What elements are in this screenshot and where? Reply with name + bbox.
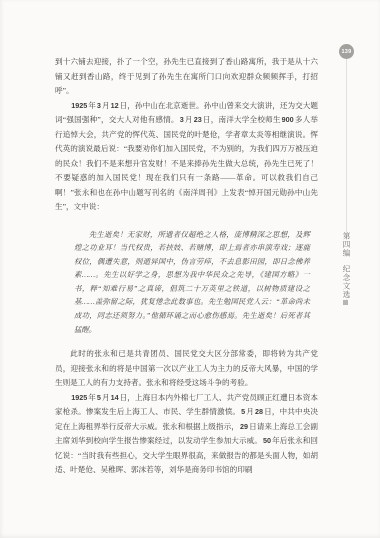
book-page: 到十六铺去迎接，扑了一个空，孙先生已直接到了香山路寓所，我于是从十六铺又赶到香山… xyxy=(0,0,380,538)
chapter-part-label: 第四编 xyxy=(341,232,352,258)
text-column: 到十六铺去迎接，扑了一个空，孙先生已直接到了香山路寓所，我于是从十六铺又赶到香山… xyxy=(55,55,318,478)
paragraph: 此时的张永和已是共青团员、国民党交大区分部常委，即将转为共产党员，迎接张永和的将… xyxy=(55,347,318,391)
paragraph: 1925年5月14日，上海日本内外棉七厂工人、共产党员顾正红遭日本资本家枪杀。惨… xyxy=(55,391,318,478)
page-number-badge: 139 xyxy=(339,44,354,59)
chapter-title-label: 纪念文选 xyxy=(341,265,352,299)
section-square-ornament xyxy=(343,300,348,305)
chapter-margin-tab: 第四编 纪念文选 xyxy=(341,232,352,299)
paragraph: 1925年3月12日，孙中山在北京逝世。孙中山曾来交大演讲，还为交大题词“强国强… xyxy=(55,99,318,215)
quote-block: 先生逝矣！无家财，所遗者仅超绝之人格，庞博精深之思想，及辉煌之功业耳！当代权贵，… xyxy=(74,228,310,337)
paragraph: 到十六铺去迎接，扑了一个空，孙先生已直接到了香山路寓所，我于是从十六铺又赶到香山… xyxy=(55,55,318,99)
